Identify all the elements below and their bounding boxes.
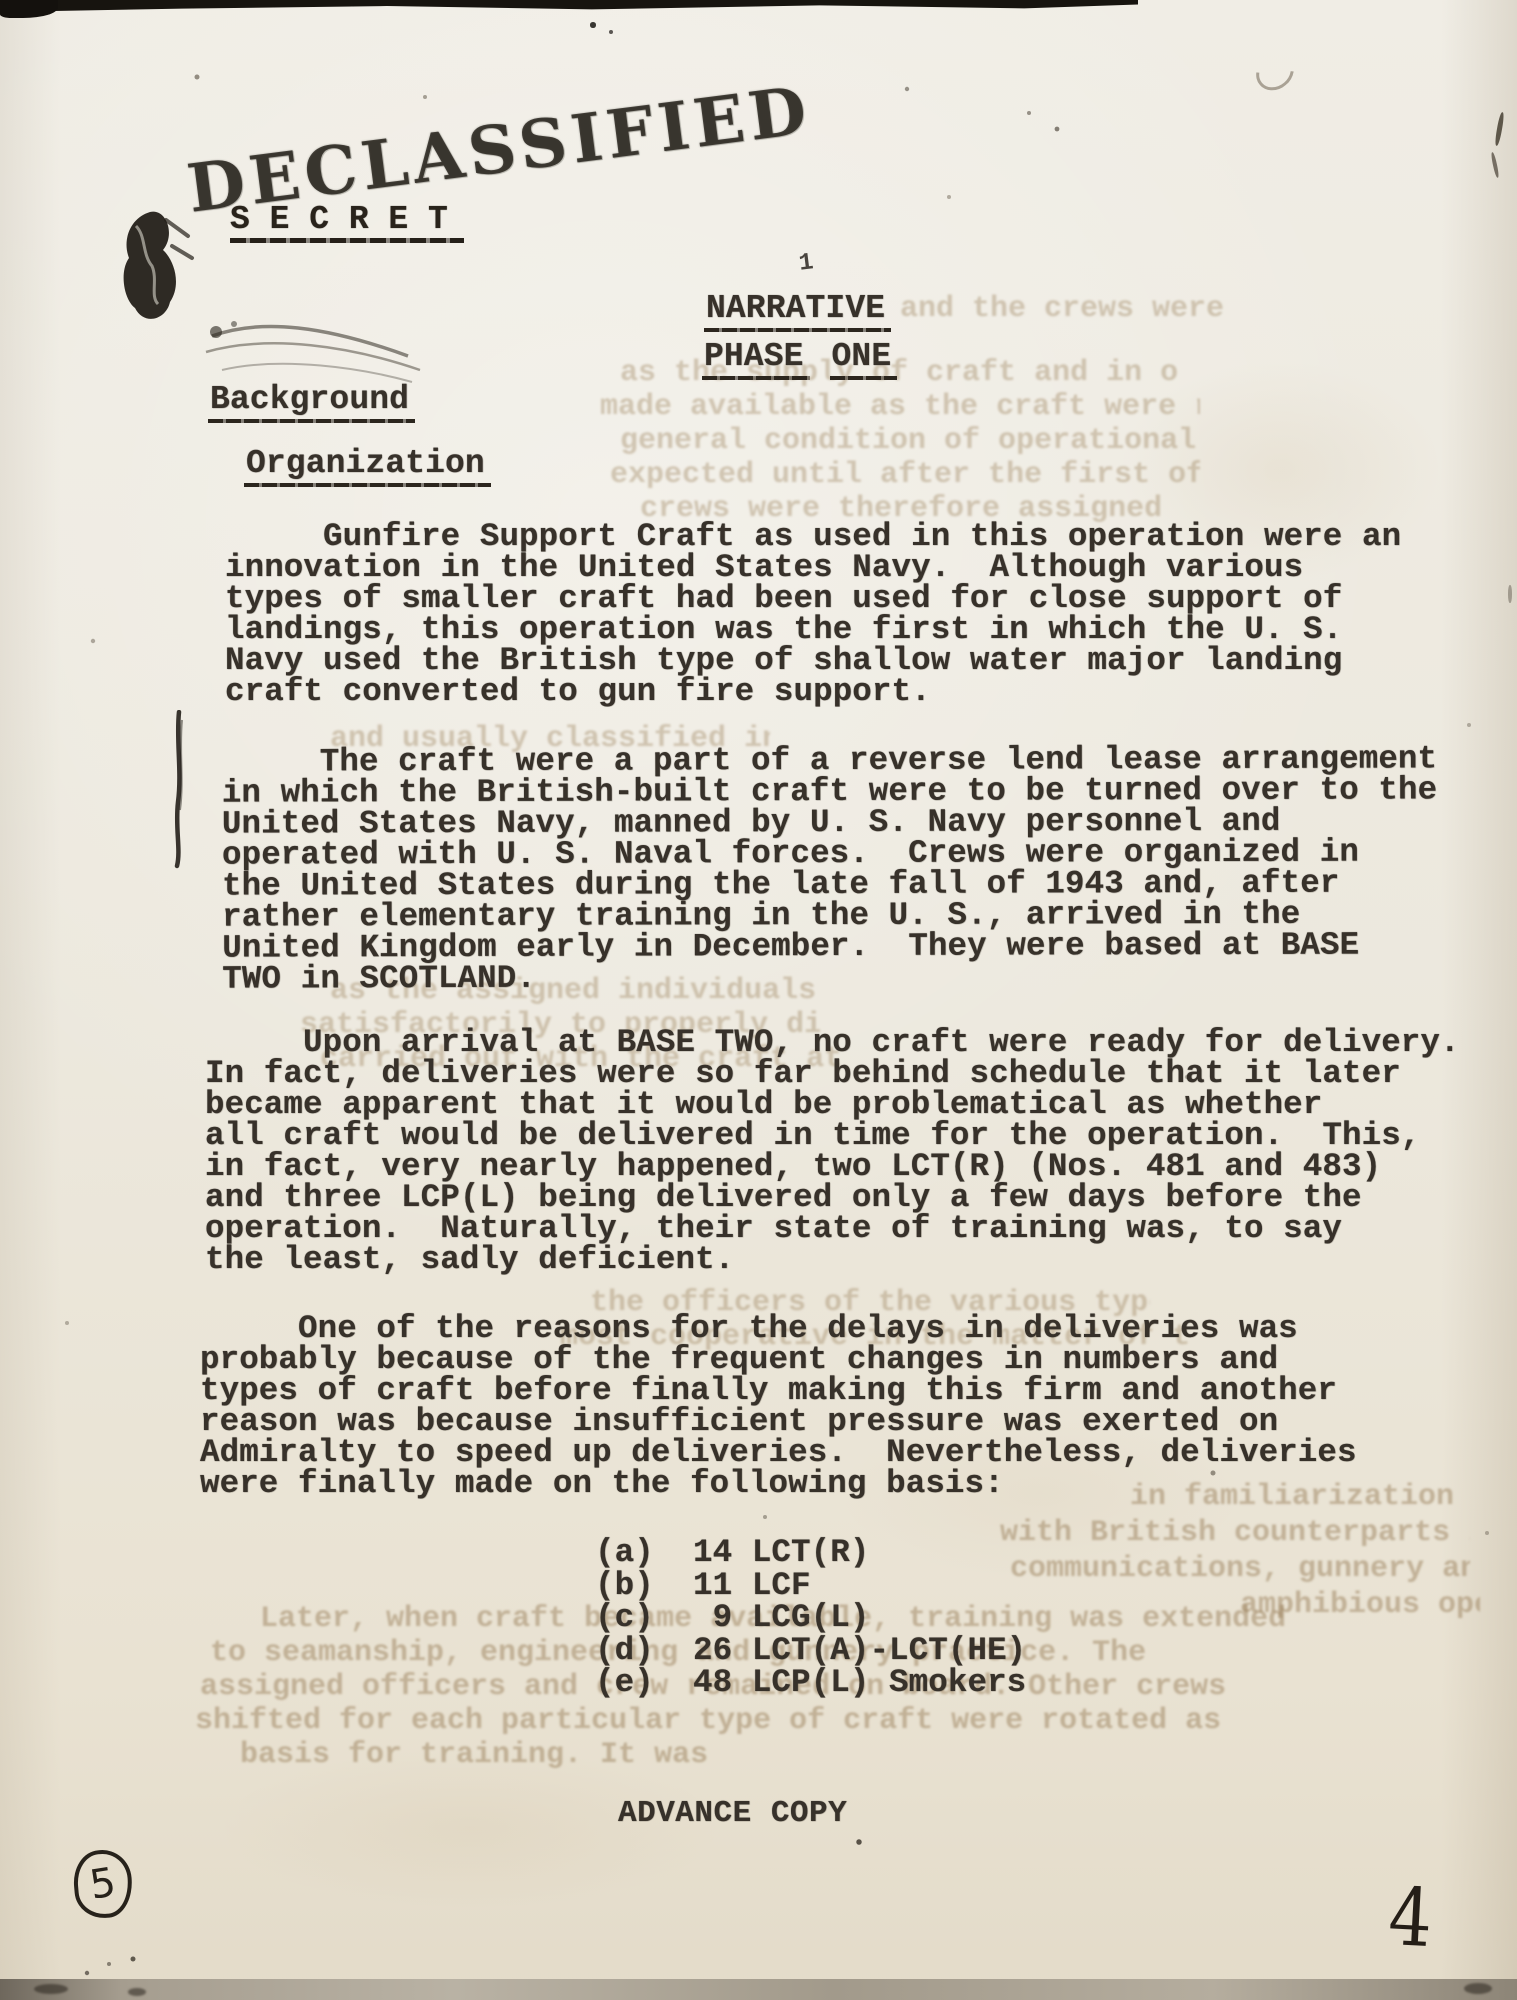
scan-edge-top-left xyxy=(0,0,58,18)
secret-classification: S E C R E T xyxy=(230,201,464,243)
paper-specks xyxy=(0,0,2,2)
bleed-through-line: general condition of operational readine… xyxy=(620,424,1200,458)
scan-edge-bottom xyxy=(0,1979,1517,2000)
bleed-through-line: made available as the craft were reachin… xyxy=(600,390,1200,424)
bleed-through-line: and the crews were xyxy=(900,292,1260,326)
edge-mark xyxy=(1494,112,1505,146)
bleed-through-line: basis for training. It was xyxy=(240,1738,940,1772)
bleed-through-line: with British counterparts in the various… xyxy=(1000,1516,1470,1550)
scanned-document-page: and the crews were as the supply of craf… xyxy=(0,0,1517,2000)
bleed-through-line: amphibious operations. xyxy=(1240,1588,1480,1622)
phase-one-heading: PHASEONE xyxy=(702,340,897,380)
paragraph-deliveries: Upon arrival at BASE TWO, no craft were … xyxy=(205,1027,1460,1275)
scan-edge-blot xyxy=(128,1988,146,1996)
paragraph-delay-reasons: One of the reasons for the delays in del… xyxy=(200,1313,1357,1499)
circled-page-number: 5 xyxy=(71,1848,135,1921)
bleed-through-line: expected until after the first of the ye… xyxy=(610,458,1200,492)
organization-heading: Organization xyxy=(244,447,491,487)
background-heading: Background xyxy=(208,383,415,423)
bleed-through-line: shifted for each particular type of craf… xyxy=(195,1704,1225,1738)
advance-copy-label: ADVANCE COPY xyxy=(618,1798,847,1829)
stray-typed-mark: 1 xyxy=(797,249,815,278)
scan-edge-blot xyxy=(1464,1983,1492,1994)
bleed-through-line: communications, gunnery and navigation a… xyxy=(1010,1552,1470,1586)
edge-mark xyxy=(1490,152,1499,178)
paragraph-gunfire-support: Gunfire Support Craft as used in this op… xyxy=(225,521,1401,707)
paragraph-lend-lease: The craft were a part of a reverse lend … xyxy=(222,743,1438,994)
craft-delivery-list: (a) 14 LCT(R) (b) 11 LCF (c) 9 LCG(L) (d… xyxy=(595,1537,1026,1700)
scan-edge-top xyxy=(0,0,1138,12)
narrative-heading: NARRATIVE xyxy=(704,292,891,332)
handwritten-page-number: 4 xyxy=(1387,1877,1434,1959)
margin-pen-stroke xyxy=(171,710,187,870)
scan-edge-blot xyxy=(34,1984,68,1994)
edge-mark xyxy=(1508,585,1512,603)
ink-arc-mark xyxy=(1249,46,1301,98)
ink-blot xyxy=(116,206,198,332)
